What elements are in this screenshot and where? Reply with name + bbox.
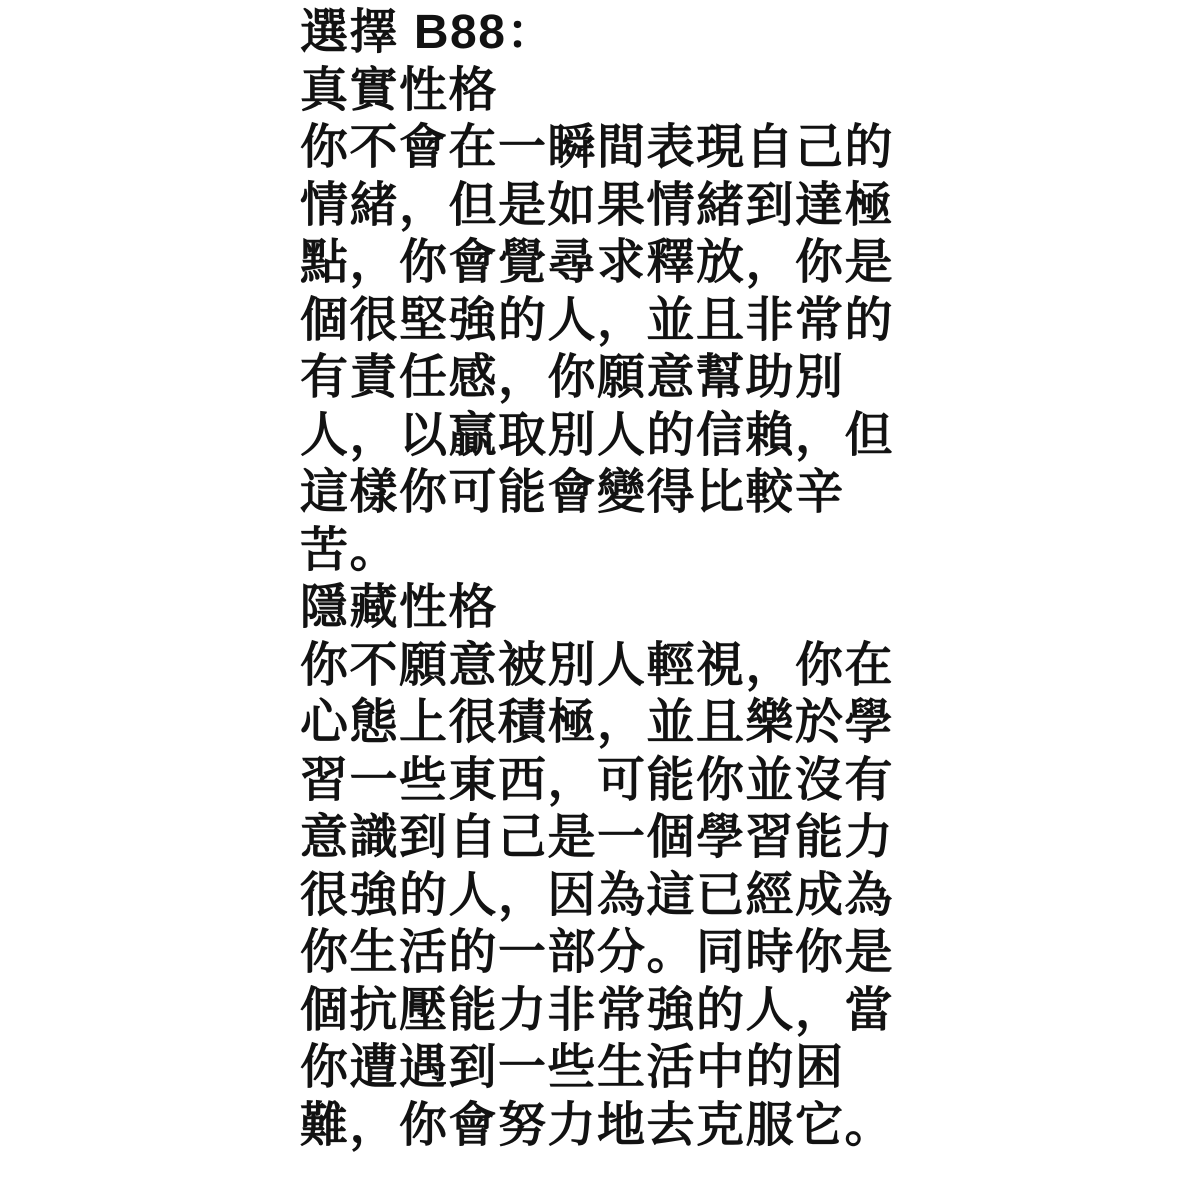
text-line: 情緒，但是如果情緒到達極 [300,177,894,235]
text-line: 難，你會努力地去克服它。 [300,1097,894,1155]
text-line: 你生活的一部分。同時你是 [300,924,894,982]
text-line: 心態上很積極，並且樂於學 [300,694,894,752]
text-line: 點，你會覺尋求釋放，你是 [300,234,894,292]
personality-result-text: 選擇 B88： 真實性格 你不會在一瞬間表現自己的 情緒，但是如果情緒到達極 點… [300,4,894,1154]
section-heading-real: 真實性格 [300,62,894,120]
section-heading-hidden: 隱藏性格 [300,579,894,637]
text-line: 這樣你可能會變得比較辛 [300,464,894,522]
title-line: 選擇 B88： [300,4,894,62]
text-line: 個很堅強的人，並且非常的 [300,292,894,350]
text-line: 意識到自己是一個學習能力 [300,809,894,867]
text-line: 個抗壓能力非常強的人，當 [300,982,894,1040]
text-line: 你不願意被別人輕視，你在 [300,637,894,695]
text-line: 人，以贏取別人的信賴，但 [300,407,894,465]
text-line: 很強的人，因為這已經成為 [300,867,894,925]
text-line: 你遭遇到一些生活中的困 [300,1039,894,1097]
text-line: 有責任感，你願意幫助別 [300,349,894,407]
text-line: 苦。 [300,522,894,580]
text-line: 你不會在一瞬間表現自己的 [300,119,894,177]
text-line: 習一些東西，可能你並沒有 [300,752,894,810]
